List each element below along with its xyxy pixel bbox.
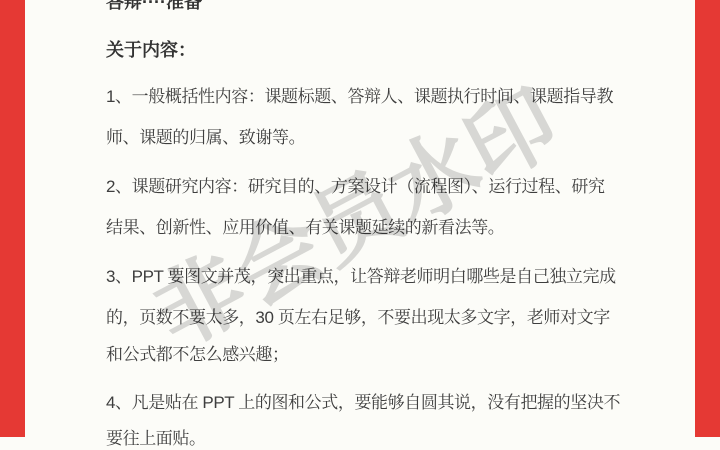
clipped-title: 答辩····准备	[106, 0, 202, 13]
paragraph-3-line-2: 的，页数不要太多，30 页左右足够，不要出现太多文字，老师对文字	[106, 307, 610, 329]
left-red-bar	[0, 0, 25, 437]
document-page: 非会员水印 答辩····准备 关于内容： 1、一般概括性内容：课题标题、答辩人、…	[0, 0, 720, 450]
paragraph-3-line-3: 和公式都不怎么感兴趣；	[106, 344, 289, 366]
paragraph-3-line-1: 3、PPT 要图文并茂，突出重点，让答辩老师明白哪些是自己独立完成	[106, 266, 616, 288]
paragraph-1-line-1: 1、一般概括性内容：课题标题、答辩人、课题执行时间、课题指导教	[106, 86, 613, 108]
paragraph-1-line-2: 师、课题的归属、致谢等。	[106, 127, 305, 149]
paragraph-2-line-1: 2、课题研究内容：研究目的、方案设计（流程图）、运行过程、研究	[106, 176, 605, 198]
right-red-bar	[695, 0, 720, 437]
paragraph-2-line-2: 结果、创新性、应用价值、有关课题延续的新看法等。	[106, 217, 504, 239]
section-heading: 关于内容：	[106, 39, 196, 61]
paragraph-4-line-1: 4、凡是贴在 PPT 上的图和公式，要能够自圆其说，没有把握的坚决不	[106, 392, 620, 414]
paragraph-4-line-2: 要往上面贴。	[106, 428, 206, 450]
